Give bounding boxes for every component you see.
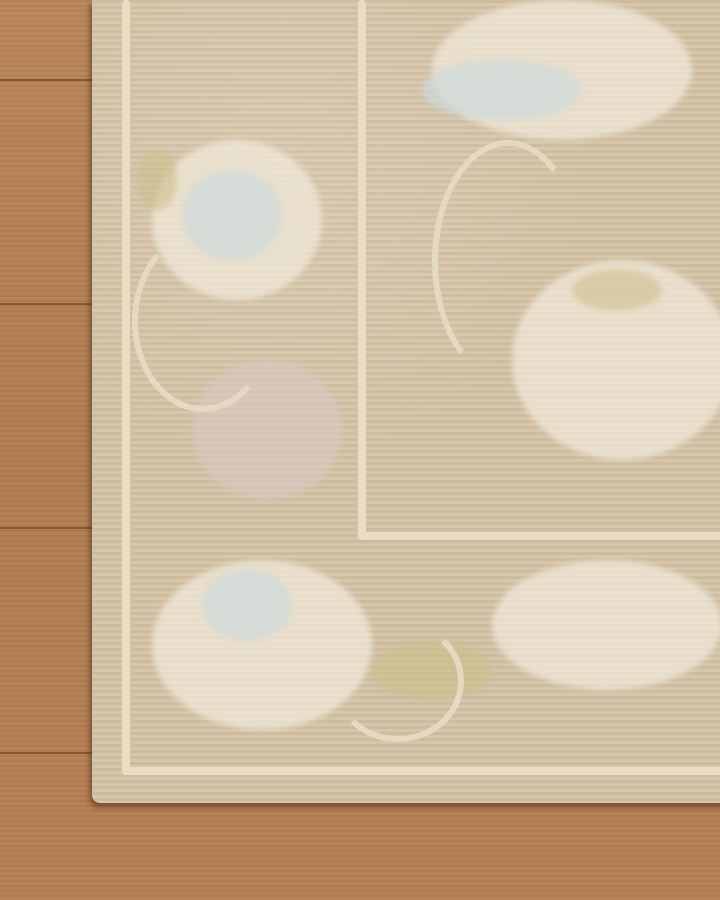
- rug-vine: [432, 140, 584, 382]
- rug-motif: [492, 560, 720, 690]
- floor-board-seam: [0, 752, 92, 754]
- rug-outer-border: [122, 0, 130, 775]
- rug-inner-border: [358, 0, 366, 540]
- rug-inner-border: [358, 532, 720, 540]
- rug-outer-border: [122, 767, 720, 775]
- rug-motif: [137, 150, 177, 210]
- rug-motif: [422, 60, 582, 120]
- rug-vine: [132, 230, 274, 412]
- rug-vine: [332, 620, 464, 742]
- floor-board-seam: [0, 303, 92, 305]
- rug-motif: [202, 570, 292, 640]
- floor-board-seam: [0, 527, 92, 529]
- rug-motif: [572, 270, 662, 310]
- rug: [92, 0, 720, 803]
- floor-board-seam: [0, 79, 92, 81]
